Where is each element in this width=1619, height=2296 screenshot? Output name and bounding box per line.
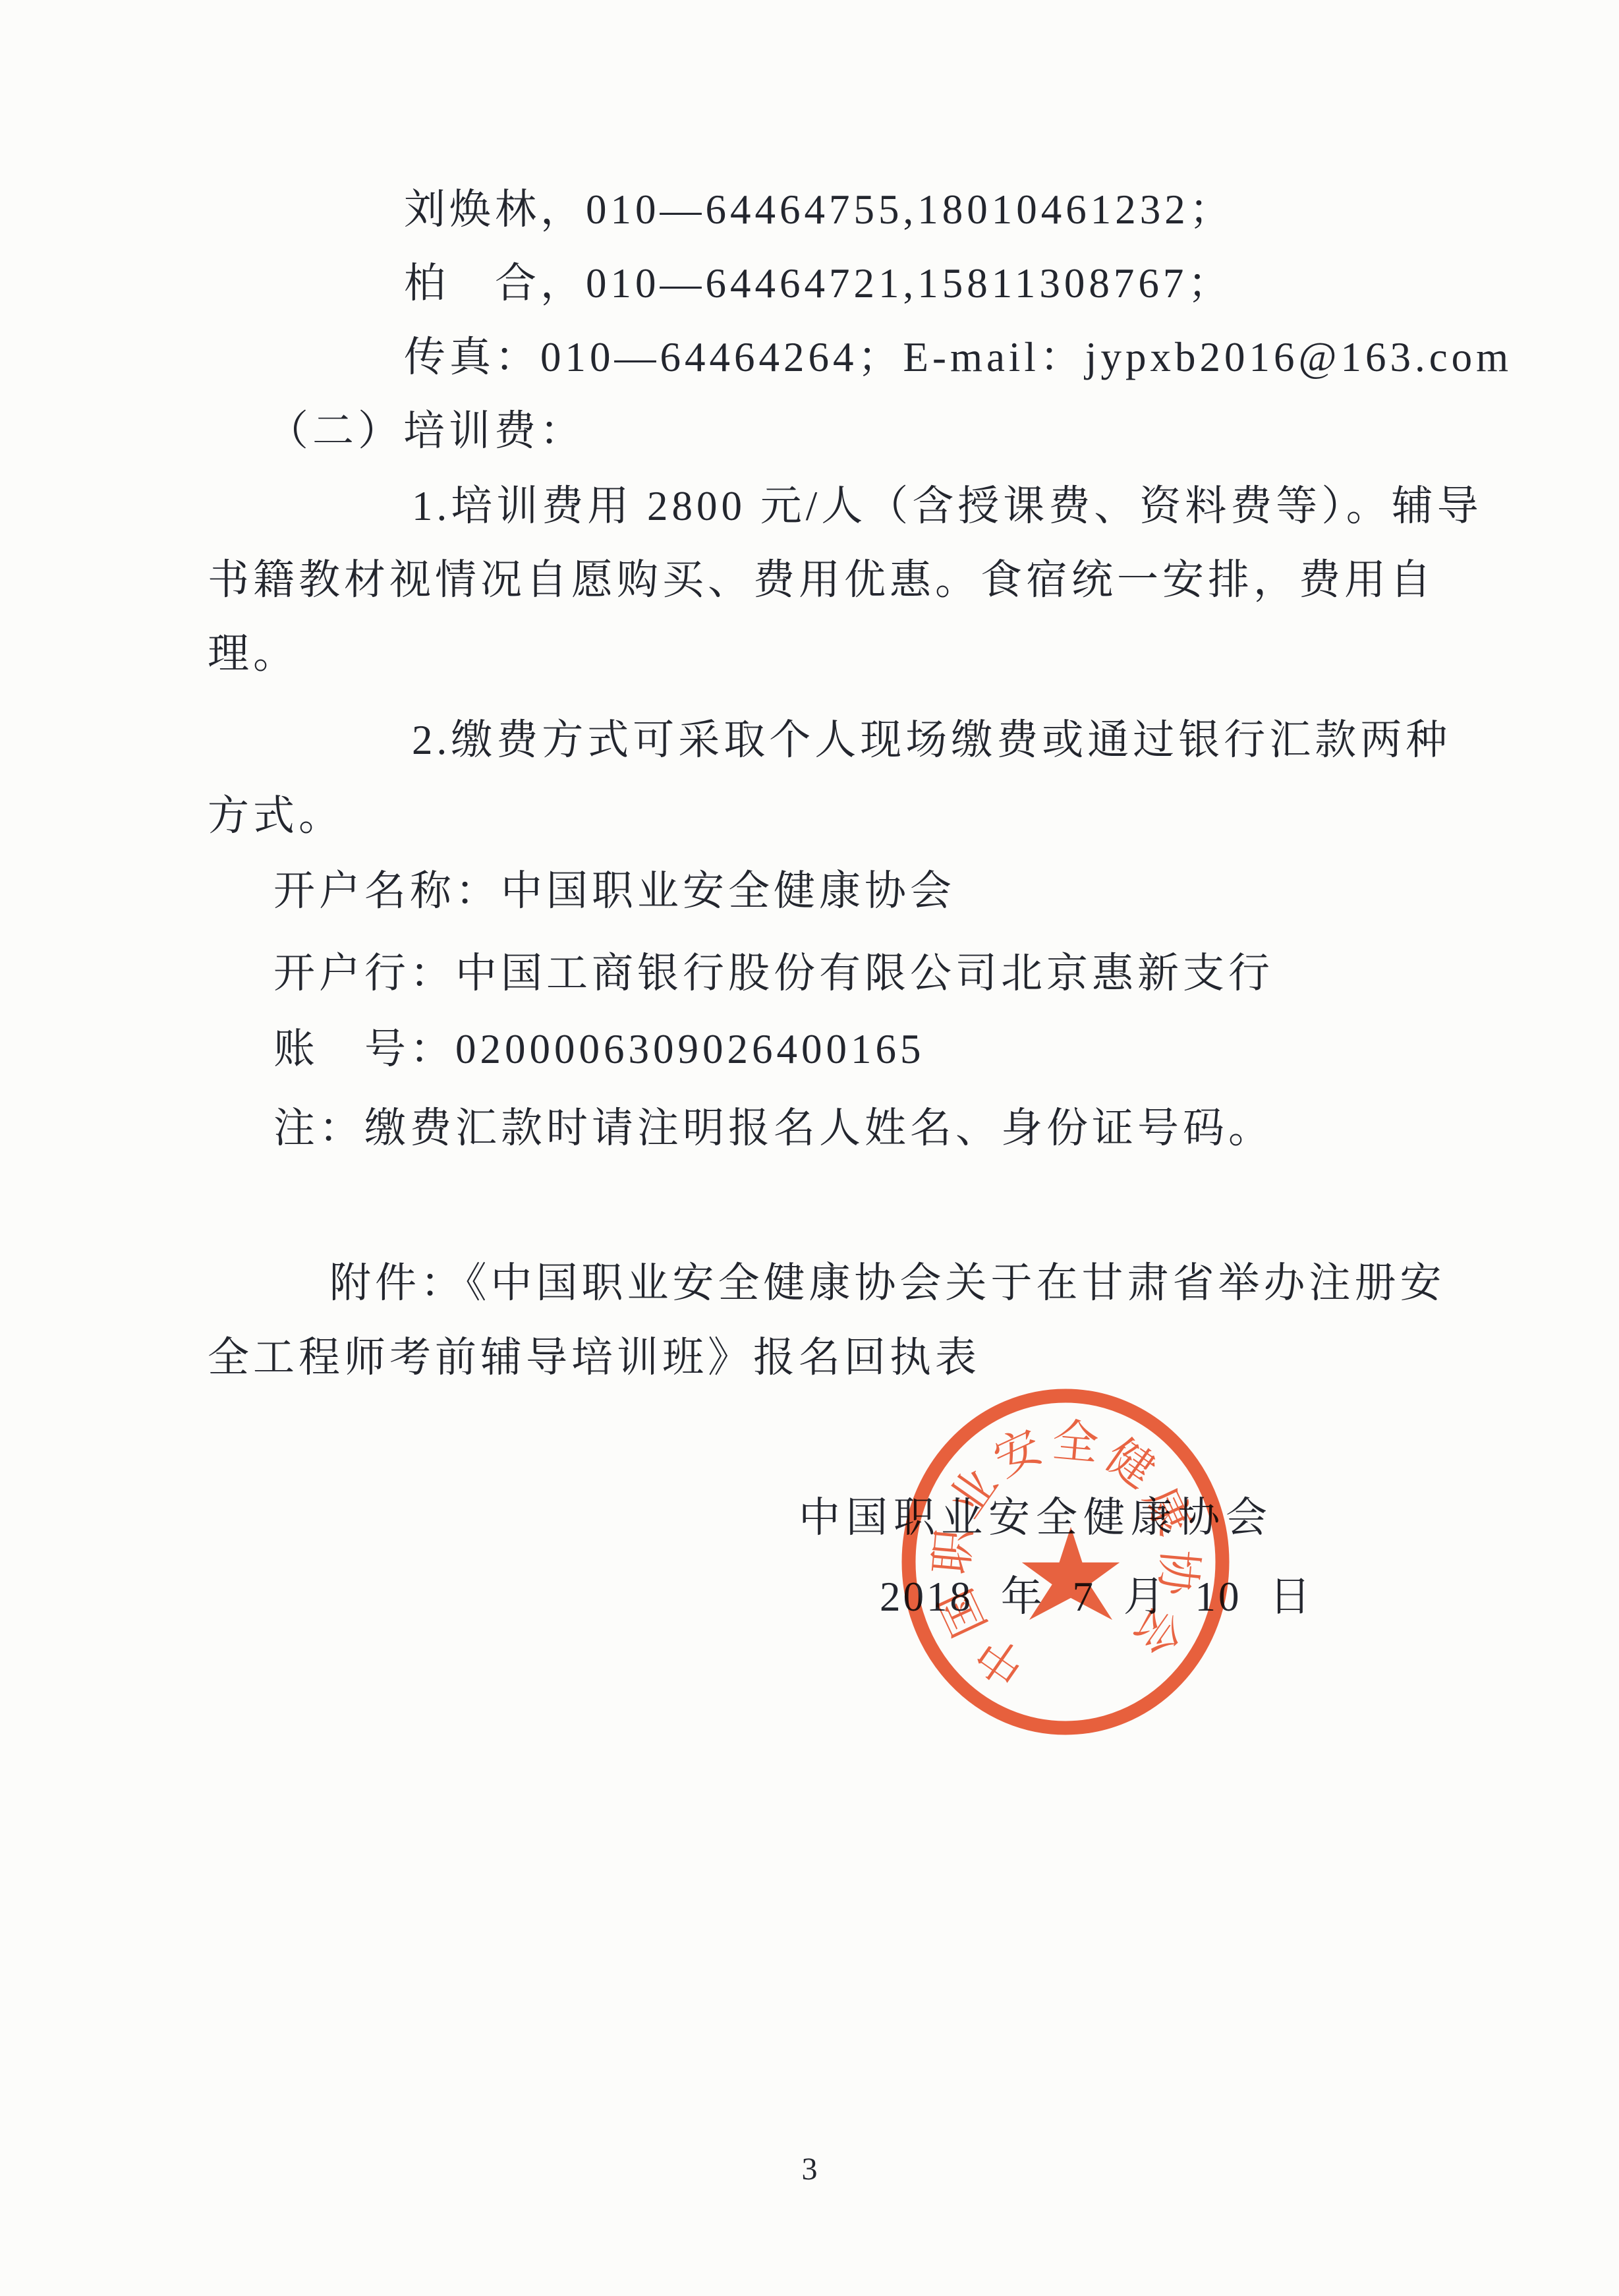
page-number: 3 xyxy=(0,2154,1619,2185)
seal-ring-char: 协 xyxy=(1150,1547,1205,1599)
official-seal: 中国职业安全健康协会 xyxy=(835,1331,1296,1793)
seal-ring-char: 业 xyxy=(940,1460,1008,1527)
account-name-line: 开户名称：中国职业安全健康协会 xyxy=(273,871,955,912)
contact-line-liu-huanlin: 刘焕林，010—64464755,18010461232； xyxy=(404,189,1235,231)
seal-ring-char: 全 xyxy=(1050,1416,1100,1470)
seal-star-icon xyxy=(1022,1527,1120,1620)
seal-ring-char: 安 xyxy=(986,1421,1050,1486)
seal-ring-char: 健 xyxy=(1096,1430,1164,1498)
bank-branch-line: 开户行：中国工商银行股份有限公司北京惠新支行 xyxy=(273,953,1274,994)
seal-ring-char: 职 xyxy=(926,1525,981,1576)
seal-ring-char: 康 xyxy=(1134,1480,1199,1543)
seal-ring-char: 中 xyxy=(968,1626,1035,1694)
seal-ring-char: 国 xyxy=(931,1581,996,1644)
payment-paragraph-line-1: 2.缴费方式可采取个人现场缴费或通过银行汇款两种 xyxy=(412,720,1451,761)
fee-paragraph-line-2: 书籍教材视情况自愿购买、费用优惠。食宿统一安排，费用自 xyxy=(208,560,1435,601)
account-number-line: 账 号：0200006309026400165 xyxy=(273,1029,925,1070)
seal-ring-char: 会 xyxy=(1123,1597,1191,1664)
section-heading-training-fee: （二）培训费： xyxy=(267,411,585,452)
fax-email-line: 传真：010—64464264；E-mail：jypxb2016@163.com xyxy=(404,337,1512,378)
fee-paragraph-line-1: 1.培训费用 2800 元/人（含授课费、资料费等）。辅导 xyxy=(412,486,1483,527)
document-page: 刘焕林，010—64464755,18010461232； 柏 合，010—64… xyxy=(0,0,1619,2296)
remittance-note-line: 注：缴费汇款时请注明报名人姓名、身份证号码。 xyxy=(273,1108,1274,1149)
payment-paragraph-line-2: 方式。 xyxy=(208,795,344,837)
fee-paragraph-line-3: 理。 xyxy=(208,633,298,675)
contact-line-bai-he: 柏 合，010—64464721,15811308767； xyxy=(404,263,1233,304)
attachment-line-1: 附件：《中国职业安全健康协会关于在甘肃省举办注册安 xyxy=(329,1263,1446,1304)
